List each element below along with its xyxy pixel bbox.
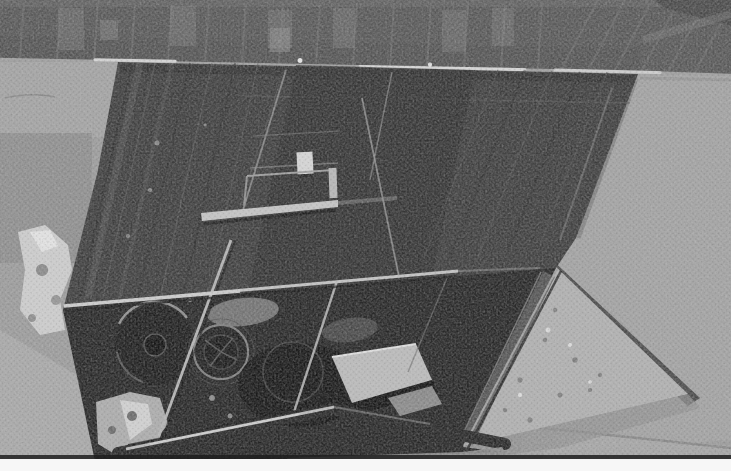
print-margin-white: [0, 459, 731, 471]
print-edge-line: [0, 455, 731, 459]
photo-canvas: [0, 0, 731, 471]
photograph: [0, 0, 731, 471]
halftone-texture: [0, 0, 731, 460]
print-margin: [0, 455, 731, 471]
